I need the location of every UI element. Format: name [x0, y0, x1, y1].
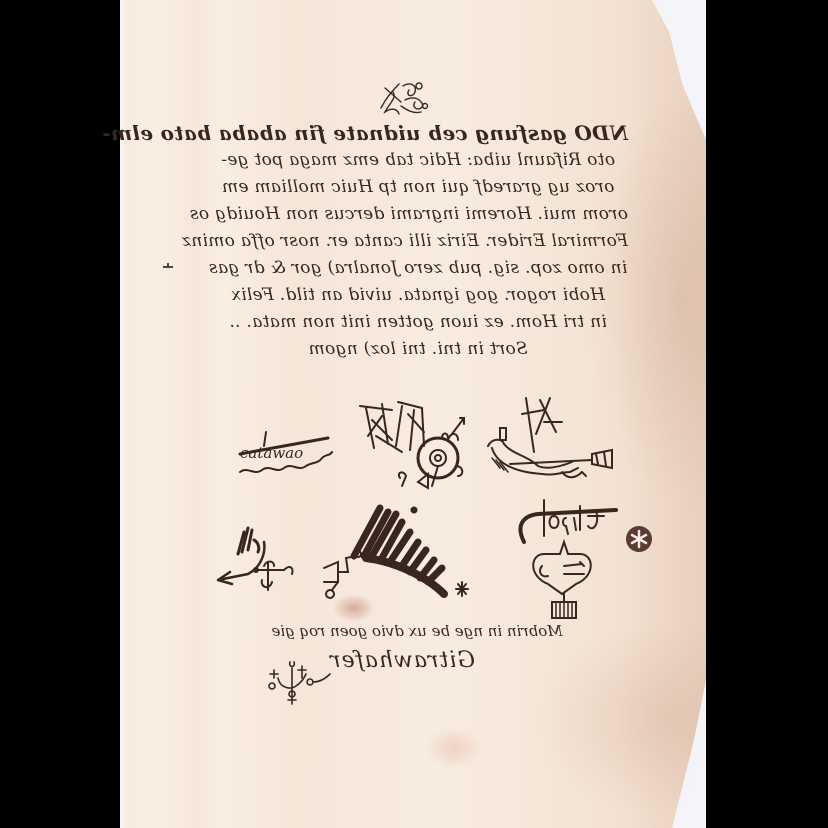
michael-sigil-icon — [318, 492, 478, 602]
beast-trident-sigil-icon — [482, 392, 618, 492]
heart-seal-sigil-icon — [508, 496, 626, 620]
text-line-6: in omo zop. sig. pub zero Jonalra) gor &… — [208, 255, 628, 282]
scribbled-seal-icon — [352, 396, 472, 492]
star-medallion-icon — [624, 524, 654, 554]
text-line-7: Hobi rogor. gog ignata. uivid an tild. F… — [208, 282, 628, 309]
arrow-sigil-icon — [208, 518, 298, 598]
text-line-8: in tri Hom. ez iuon gotten init non mata… — [208, 309, 628, 336]
text-line-1: NDO gasfung ceb uidnate fin ababa bato e… — [208, 120, 628, 147]
text-line-5: Formiral Erider. Eiriz illi canta er. no… — [208, 228, 628, 255]
text-line-4: orom mui. Horemi ingrami dercus non Houi… — [208, 201, 628, 228]
footer-caption: Mobrin in nge be ux dvio goen roq gie — [252, 622, 582, 640]
footer-signature: Gitrawhafer — [312, 648, 492, 673]
manuscript-text-block: NDO gasfung ceb uidnate fin ababa bato e… — [208, 120, 628, 363]
svg-text:catawao: catawao — [240, 444, 303, 462]
text-line-2: oto Rifaunl uiba: Hdic tab emz maga pot … — [208, 147, 628, 174]
alchemical-seal-icon — [266, 660, 332, 706]
margin-mark — [163, 266, 173, 268]
flourish-monogram-icon — [375, 78, 431, 122]
text-line-9: Sort in tni. tni loz) ngom — [208, 336, 628, 363]
image-frame: NDO gasfung ceb uidnate fin ababa bato e… — [0, 0, 828, 828]
text-line-3: oroz ug graredf qui non tp Huic molliam … — [208, 174, 628, 201]
catawao-sigil-icon: catawao — [236, 428, 336, 480]
